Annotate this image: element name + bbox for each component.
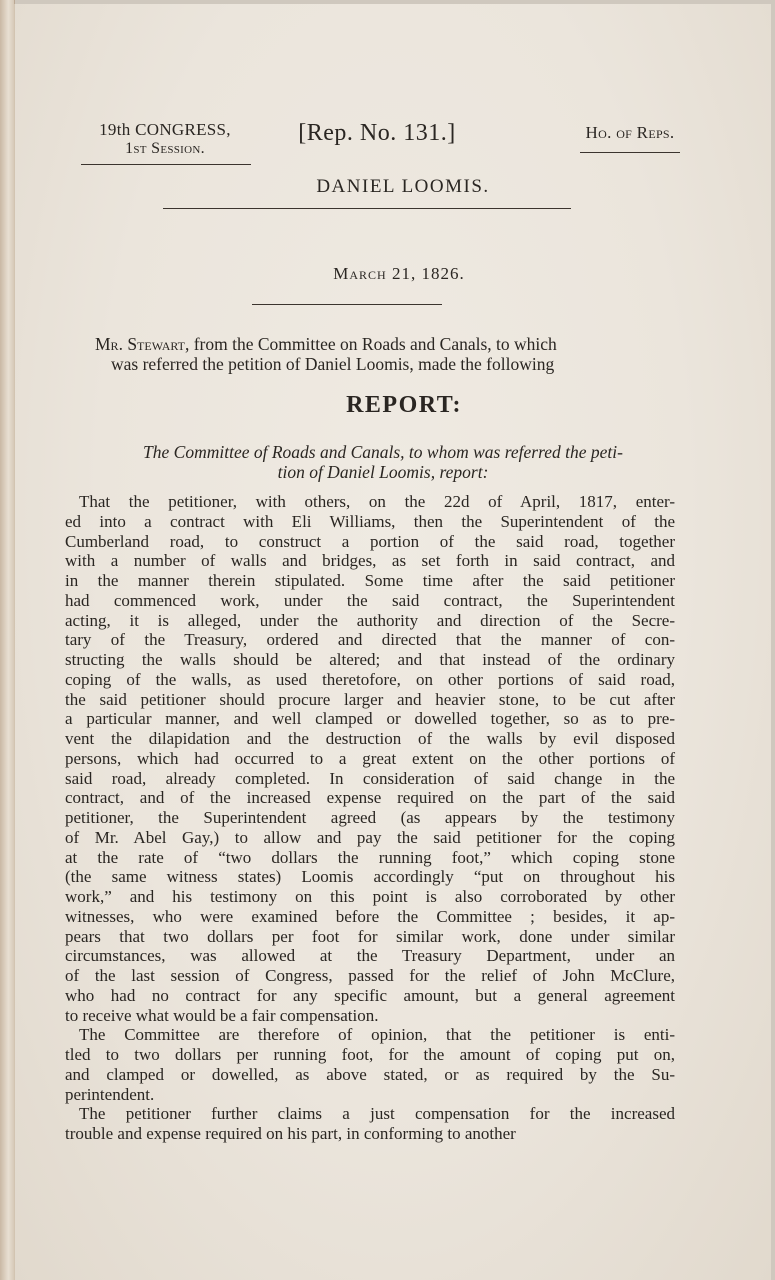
congress-session: 19th CONGRESS, 1st Session.: [75, 120, 255, 158]
document-date: March 21, 1826.: [15, 264, 771, 284]
text-line: in the manner therein stipulated. Some t…: [65, 571, 675, 591]
document-subject: DANIEL LOOMIS.: [15, 176, 771, 198]
text-line: (the same witness states) Loomis accordi…: [65, 867, 675, 887]
report-number: [Rep. No. 131.]: [277, 120, 477, 146]
house-label: Ho. of Reps.: [555, 123, 705, 143]
divider: [252, 304, 442, 305]
divider: [163, 208, 571, 209]
text-line: coping of the walls, as used theretofore…: [65, 670, 675, 690]
text-line: structing the walls should be altered; a…: [65, 650, 675, 670]
text-line: circumstances, was allowed at the Treasu…: [65, 946, 675, 966]
committee-heading-line-2: tion of Daniel Loomis, report:: [81, 462, 685, 482]
intro-line-2: was referred the petition of Daniel Loom…: [95, 354, 685, 374]
divider: [580, 152, 680, 153]
text-line: petitioner, the Superintendent agreed (a…: [65, 808, 675, 828]
text-line: persons, which had occurred to a great e…: [65, 749, 675, 769]
page-binding-edge: [0, 0, 15, 1280]
text-line: The petitioner further claims a just com…: [65, 1104, 675, 1124]
text-line: the said petitioner should procure large…: [65, 690, 675, 710]
intro-statement: Mr. Stewart, from the Committee on Roads…: [95, 334, 685, 374]
text-line: tled to two dollars per running foot, fo…: [65, 1045, 675, 1065]
paragraph: The petitioner further claims a just com…: [65, 1104, 675, 1144]
text-line: witnesses, who were examined before the …: [65, 907, 675, 927]
document-page: 19th CONGRESS, 1st Session. [Rep. No. 13…: [14, 4, 771, 1280]
congress-label: 19th CONGRESS,: [75, 120, 255, 139]
document-header: 19th CONGRESS, 1st Session. [Rep. No. 13…: [15, 120, 771, 180]
text-line: Cumberland road, to construct a portion …: [65, 532, 675, 552]
text-line: The Committee are therefore of opinion, …: [65, 1025, 675, 1045]
text-line: and clamped or dowelled, as above stated…: [65, 1065, 675, 1085]
paragraph: That the petitioner, with others, on the…: [65, 492, 675, 1025]
text-line: contract, and of the increased expense r…: [65, 788, 675, 808]
text-line: at the rate of “two dollars the running …: [65, 848, 675, 868]
session-label: 1st Session.: [75, 139, 255, 158]
text-line: pears that two dollars per foot for simi…: [65, 927, 675, 947]
text-line: acting, it is alleged, under the authori…: [65, 611, 675, 631]
text-line: to receive what would be a fair compensa…: [65, 1006, 675, 1026]
text-line: with a number of walls and bridges, as s…: [65, 551, 675, 571]
speaker-name: Mr. Stewart,: [95, 334, 189, 354]
text-line: vent the dilapidation and the destructio…: [65, 729, 675, 749]
text-line: work,” and his testimony on this point i…: [65, 887, 675, 907]
intro-line-1: from the Committee on Roads and Canals, …: [189, 334, 556, 354]
committee-heading-line-1: The Committee of Roads and Canals, to wh…: [81, 442, 685, 462]
paragraph: The Committee are therefore of opinion, …: [65, 1025, 675, 1104]
text-line: who had no contract for any specific amo…: [65, 986, 675, 1006]
report-body: That the petitioner, with others, on the…: [65, 492, 675, 1144]
text-line: trouble and expense required on his part…: [65, 1124, 675, 1144]
text-line: had commenced work, under the said contr…: [65, 591, 675, 611]
committee-heading: The Committee of Roads and Canals, to wh…: [81, 442, 685, 482]
text-line: of the last session of Congress, passed …: [65, 966, 675, 986]
text-line: ed into a contract with Eli Williams, th…: [65, 512, 675, 532]
divider: [81, 164, 251, 165]
report-title: REPORT:: [15, 392, 771, 419]
text-line: said road, already completed. In conside…: [65, 769, 675, 789]
text-line: perintendent.: [65, 1085, 675, 1105]
text-line: of Mr. Abel Gay,) to allow and pay the s…: [65, 828, 675, 848]
text-line: a particular manner, and well clamped or…: [65, 709, 675, 729]
text-line: tary of the Treasury, ordered and direct…: [65, 630, 675, 650]
text-line: That the petitioner, with others, on the…: [65, 492, 675, 512]
